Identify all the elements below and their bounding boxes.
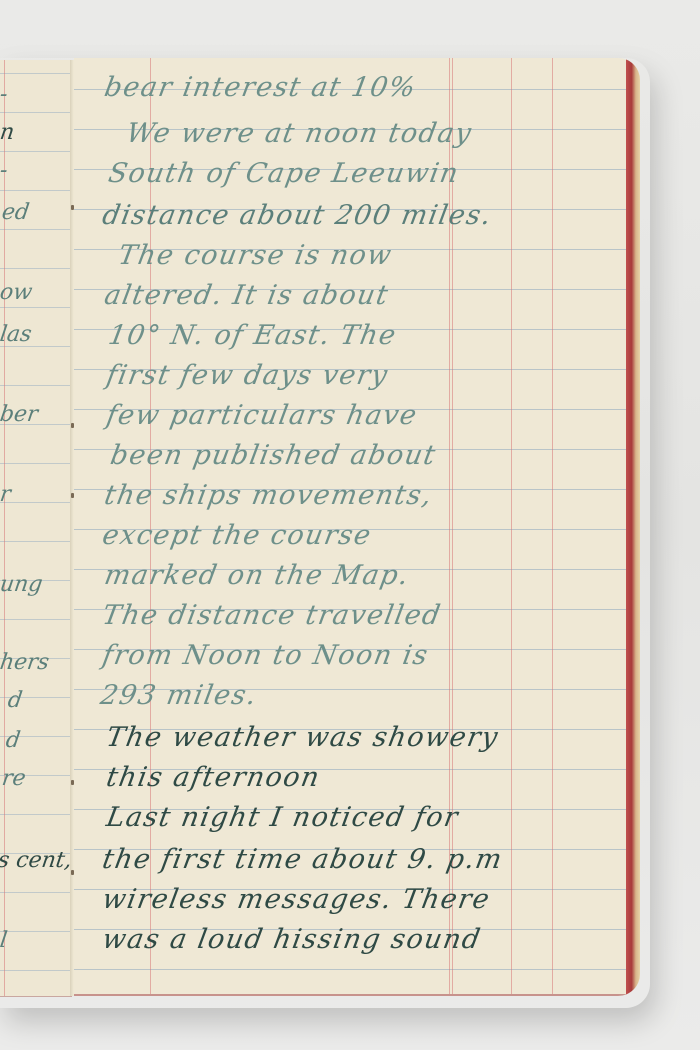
handwritten-line: wireless messages. There [100, 884, 493, 915]
right-page: bear interest at 10% We were at noon tod… [74, 58, 640, 996]
left-fragment: ow [0, 280, 34, 305]
handwritten-line: We were at noon today [124, 118, 475, 149]
handwritten-line: 10° N. of East. The [106, 320, 399, 351]
handwritten-line: was a loud hissing sound [100, 924, 484, 955]
left-fragment: ber [0, 402, 39, 427]
handwritten-line: The distance travelled [100, 600, 444, 631]
left-fragment: re [0, 766, 27, 791]
handwritten-line: The weather was showery [104, 722, 501, 753]
handwritten-line: distance about 200 miles. [100, 200, 495, 231]
handwritten-line: The course is now [116, 240, 395, 271]
handwritten-line: the first time about 9. p.m [100, 844, 506, 875]
column-rule [552, 58, 553, 996]
left-fragment: hers [0, 650, 51, 675]
page-edge-red [626, 58, 640, 996]
column-rule [511, 58, 512, 996]
handwritten-line: from Noon to Noon is [100, 640, 431, 671]
handwritten-line: the ships movements, [102, 480, 435, 511]
left-page: - n - ed ow las ber r ung hers d d re s … [0, 60, 72, 997]
handwritten-line: marked on the Map. [102, 560, 412, 591]
handwritten-line: first few days very [104, 360, 391, 391]
handwritten-line: few particulars have [104, 400, 420, 431]
left-fragment: ung [0, 572, 44, 597]
handwritten-line: bear interest at 10% [102, 72, 419, 103]
left-fragment: ed [0, 200, 31, 225]
handwritten-line: Last night I noticed for [104, 802, 461, 833]
page-bottom-edge [74, 994, 640, 996]
handwritten-line: South of Cape Leeuwin [106, 158, 462, 189]
handwritten-line: been published about [108, 440, 439, 471]
notebook-scene: - n - ed ow las ber r ung hers d d re s … [0, 0, 700, 1050]
left-fragment: las [0, 322, 33, 347]
handwritten-line: 293 miles. [98, 680, 260, 711]
left-fragment: s cent, [0, 848, 72, 873]
handwritten-line: except the course [100, 520, 374, 551]
handwritten-line: altered. It is about [102, 280, 391, 311]
handwritten-line: this afternoon [104, 762, 323, 793]
